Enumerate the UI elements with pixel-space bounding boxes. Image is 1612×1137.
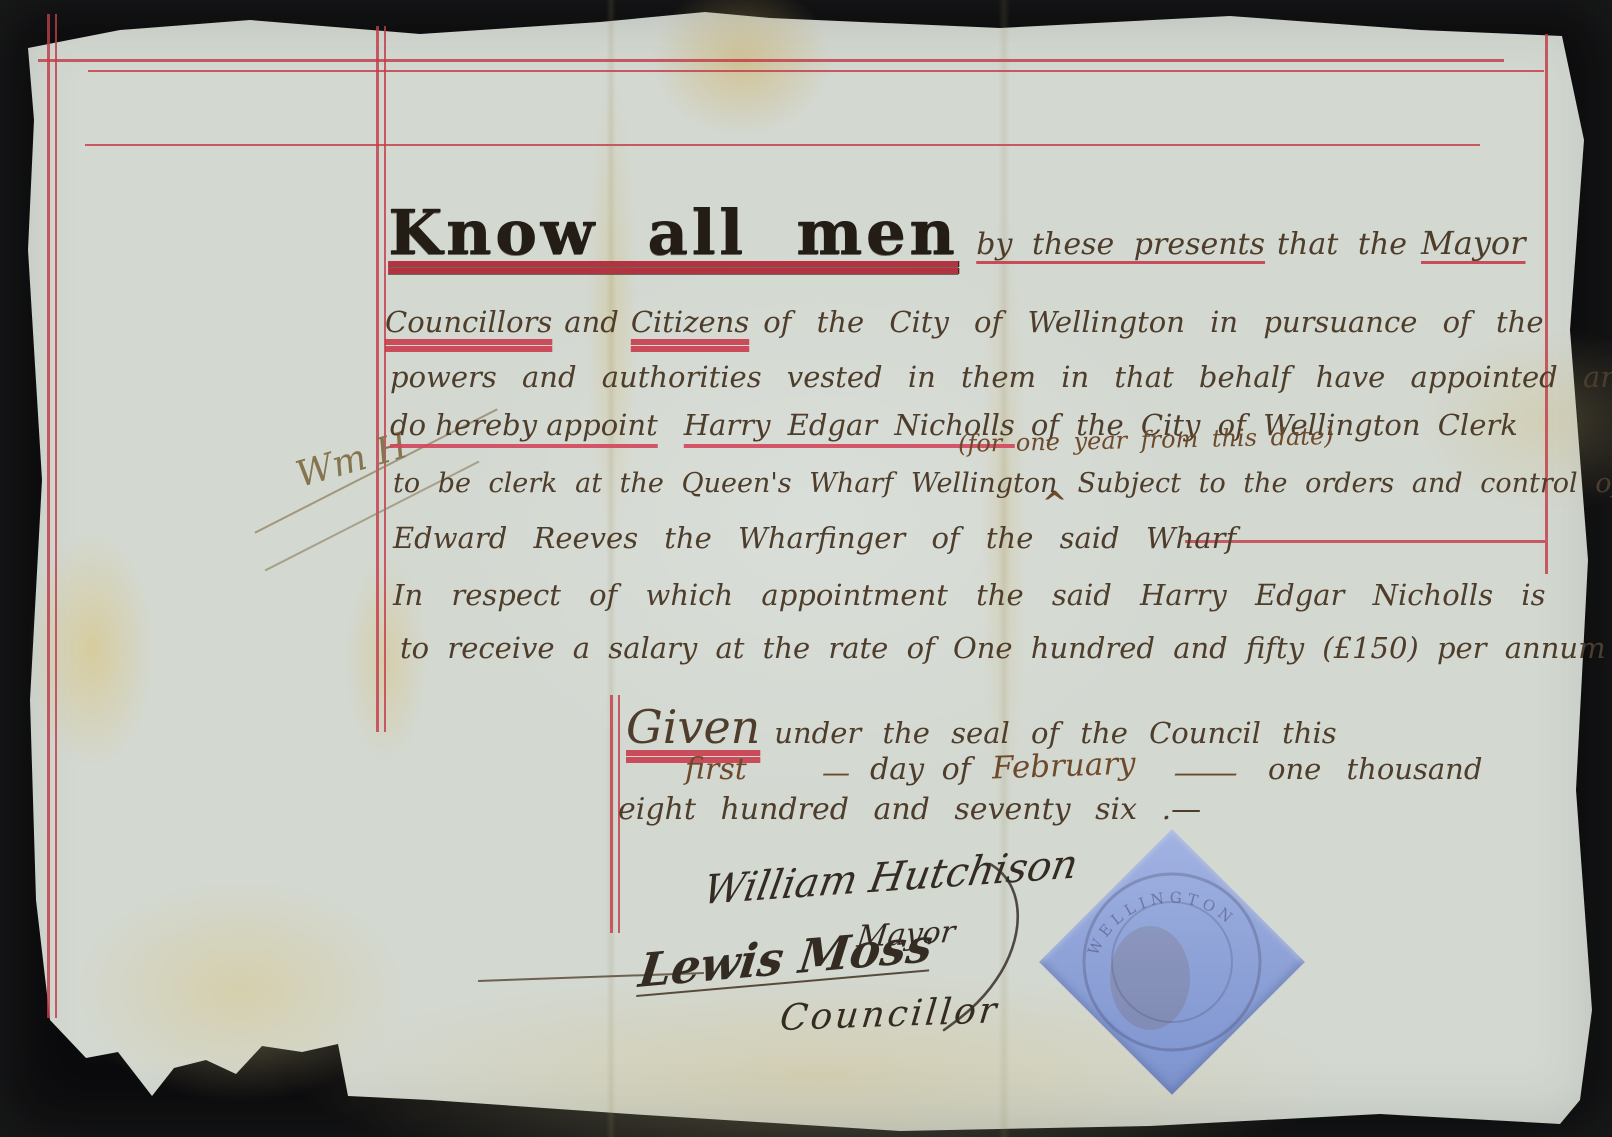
ruled-line-top-1 xyxy=(38,59,1504,62)
day-of-text: day of xyxy=(870,752,971,787)
ruled-line-given-1 xyxy=(610,695,613,933)
opening-rest-text: that the xyxy=(1277,227,1407,262)
deed-line-2: CouncillorsandCitizensof the City of Wel… xyxy=(385,305,1543,339)
opening-mayor-text: Mayor xyxy=(1421,224,1525,262)
testimonium-line: Givenunder the seal of the Council this xyxy=(626,700,1337,754)
word-citizens: Citizens xyxy=(631,305,749,339)
ruled-line-margin-1 xyxy=(376,26,379,732)
word-given: Given xyxy=(626,700,760,754)
deed-line-3: powers and authorities vested in them in… xyxy=(390,360,1612,394)
ruled-line-top-2 xyxy=(88,70,1544,72)
line5-second-half: Subject to the orders and control of xyxy=(1078,468,1612,499)
ruled-line-left-1 xyxy=(47,14,50,1018)
signature-flourish-brace xyxy=(928,858,1038,1038)
word-and: and xyxy=(564,305,619,339)
line5-first-half: to be clerk at the Queen's Wharf Welling… xyxy=(393,468,1058,499)
ruled-line-top-3 xyxy=(85,144,1480,146)
ruled-line-left-2 xyxy=(55,14,57,1018)
dash: — xyxy=(822,756,850,789)
phrase-do-hereby-appoint: do hereby appoint xyxy=(390,408,658,442)
day-word: first xyxy=(685,752,747,787)
year-line-1: one thousand xyxy=(1268,752,1482,786)
opening-underlined-text: by these presents xyxy=(976,227,1265,262)
word-councillors: Councillors xyxy=(385,305,552,339)
year-line-2: eight hundred and seventy six .— xyxy=(618,792,1201,827)
deed-line-7: In respect of which appointment the said… xyxy=(393,578,1545,612)
blank-fill-rule xyxy=(1185,540,1545,543)
ruled-line-margin-2 xyxy=(384,26,386,732)
deed-line-4: do hereby appointHarry Edgar Nichollsof … xyxy=(390,408,1518,442)
given-rest: under the seal of the Council this xyxy=(774,716,1336,750)
deed-opening-line: Know all menby these presentsthat theMay… xyxy=(388,196,1525,269)
deed-line-6: Edward Reeves the Wharfinger of the said… xyxy=(393,521,1236,555)
deed-line-5: to be clerk at the Queen's Wharf Welling… xyxy=(393,468,1612,499)
scanned-document-backdrop: Wm H Know all menby these presentsthat t… xyxy=(0,0,1612,1137)
dash-flourish: — xyxy=(1172,756,1239,789)
opening-blackletter-text: Know all men xyxy=(388,196,958,269)
deed-line-8: to receive a salary at the rate of One h… xyxy=(400,631,1606,665)
month-word: February xyxy=(991,746,1136,787)
line2-rest: of the City of Wellington in pursuance o… xyxy=(763,305,1543,339)
